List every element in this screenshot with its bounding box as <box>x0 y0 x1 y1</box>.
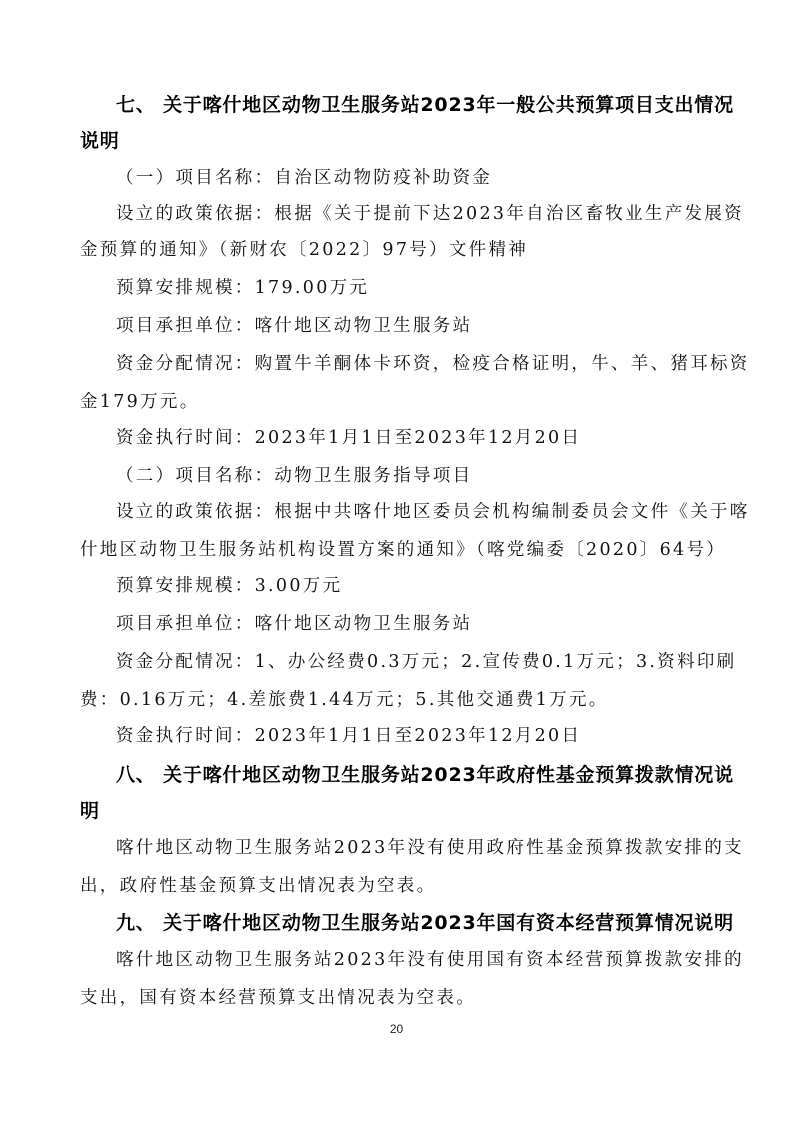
section-7-heading-line-1: 七、 关于喀什地区动物卫生服务站2023年一般公共预算项目支出情况 <box>116 90 734 117</box>
project-2-allocation-line-1: 资金分配情况：1、办公经费0.3万元；2.宣传费0.1万元；3.资料印刷 <box>116 648 737 673</box>
project-1-unit: 项目承担单位：喀什地区动物卫生服务站 <box>116 312 472 337</box>
project-1-policy-line-2: 金预算的通知》（新财农〔2022〕97号）文件精神 <box>80 236 528 261</box>
section-8-body-line-1: 喀什地区动物卫生服务站2023年没有使用政府性基金预算拨款安排的支 <box>116 834 744 859</box>
section-8-body-line-2: 出，政府性基金预算支出情况表为空表。 <box>80 872 436 897</box>
section-9-heading: 九、 关于喀什地区动物卫生服务站2023年国有资本经营预算情况说明 <box>116 908 734 935</box>
project-2-allocation-line-2: 费：0.16万元；4.差旅费1.44万元；5.其他交通费1万元。 <box>80 686 609 711</box>
section-9-body-line-2: 支出，国有资本经营预算支出情况表为空表。 <box>80 984 476 1009</box>
project-2-period: 资金执行时间：2023年1月1日至2023年12月20日 <box>116 722 581 747</box>
project-1-name: （一）项目名称：自治区动物防疫补助资金 <box>116 164 492 189</box>
project-1-policy-line-1: 设立的政策依据：根据《关于提前下达2023年自治区畜牧业生产发展资 <box>116 200 744 225</box>
project-2-budget: 预算安排规模：3.00万元 <box>116 572 342 597</box>
section-8-heading-line-2: 明 <box>80 796 100 823</box>
section-9-body-line-1: 喀什地区动物卫生服务站2023年没有使用国有资本经营预算拨款安排的 <box>116 946 744 971</box>
project-2-unit: 项目承担单位：喀什地区动物卫生服务站 <box>116 610 472 635</box>
project-2-policy-line-1: 设立的政策依据：根据中共喀什地区委员会机构编制委员会文件《关于喀 <box>116 498 750 523</box>
page-number: 20 <box>0 1022 793 1036</box>
project-1-budget: 预算安排规模：179.00万元 <box>116 274 369 299</box>
project-2-name: （二）项目名称：动物卫生服务指导项目 <box>116 462 472 487</box>
project-1-allocation-line-1: 资金分配情况：购置牛羊酮体卡环资，检疫合格证明，牛、羊、猪耳标资 <box>116 350 750 375</box>
project-1-allocation-line-2: 金179万元。 <box>80 388 200 413</box>
project-2-policy-line-2: 什地区动物卫生服务站机构设置方案的通知》（喀党编委〔2020〕64号） <box>80 536 726 561</box>
document-page: 七、 关于喀什地区动物卫生服务站2023年一般公共预算项目支出情况 说明 （一）… <box>0 0 793 1122</box>
section-7-heading-line-2: 说明 <box>80 126 120 153</box>
project-1-period: 资金执行时间：2023年1月1日至2023年12月20日 <box>116 424 581 449</box>
section-8-heading-line-1: 八、 关于喀什地区动物卫生服务站2023年政府性基金预算拨款情况说 <box>116 760 734 787</box>
